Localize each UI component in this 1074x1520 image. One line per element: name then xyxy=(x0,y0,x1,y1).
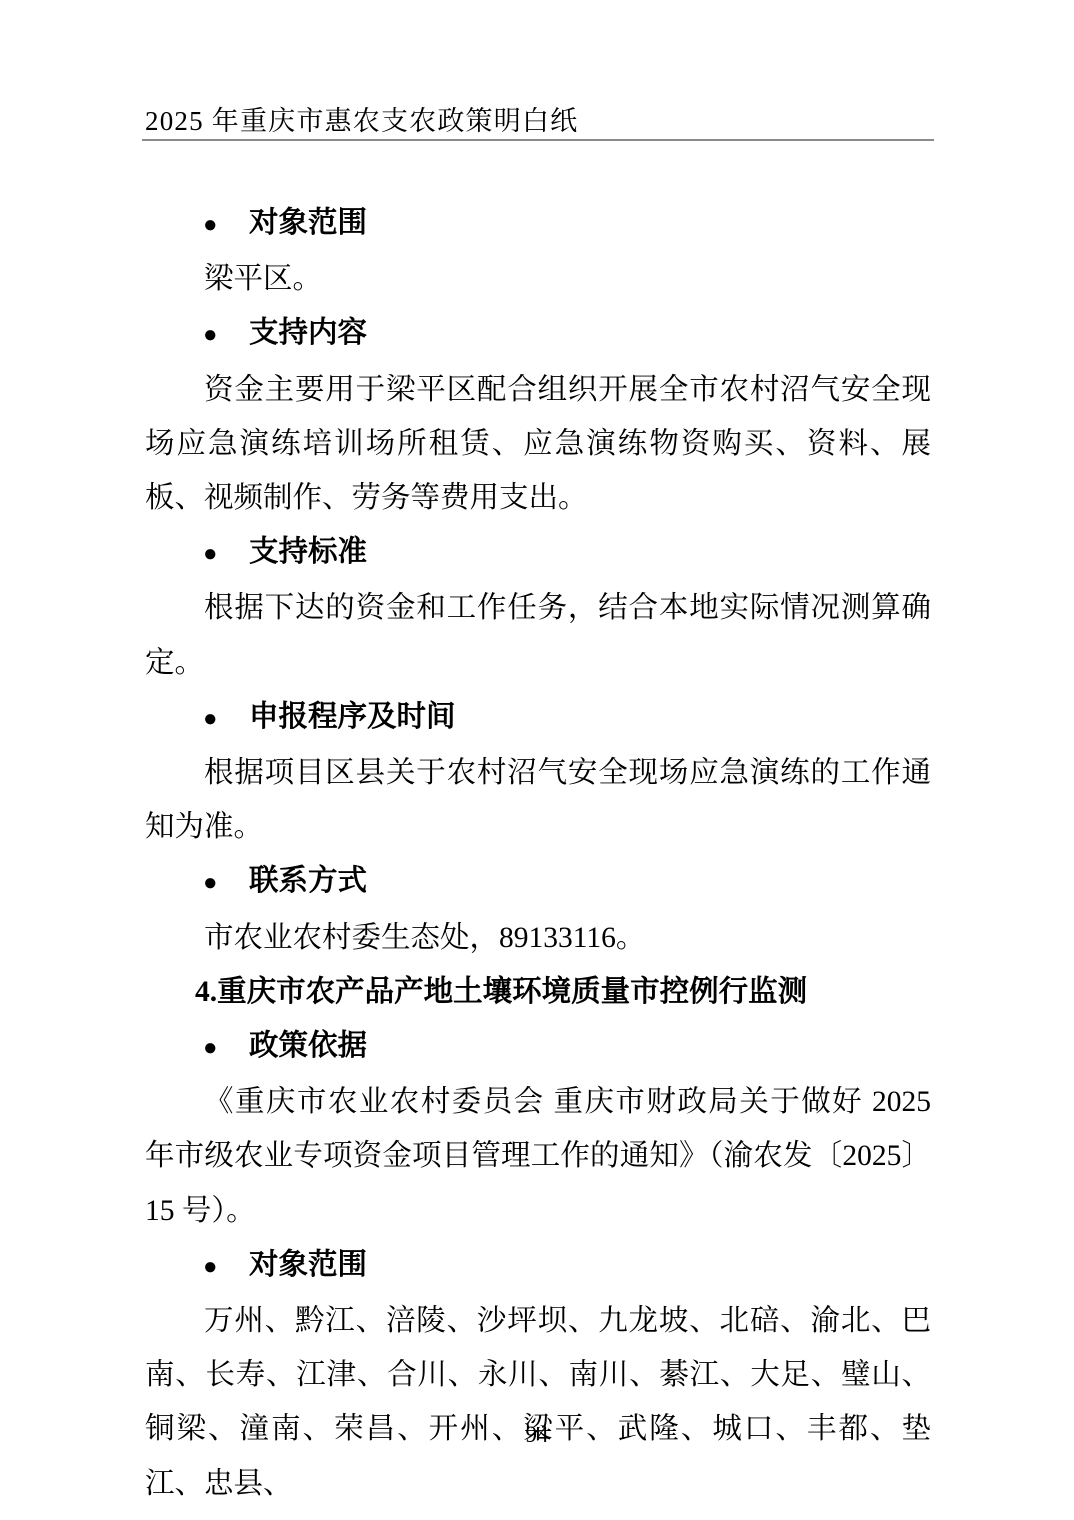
bullet-icon: ● xyxy=(203,308,249,362)
section-heading: ●联系方式 xyxy=(145,854,931,910)
section-heading-label: 对象范围 xyxy=(249,1249,367,1281)
section-heading-label: 支持内容 xyxy=(249,317,367,349)
bullet-icon: ● xyxy=(203,1240,249,1294)
section-heading: ●政策依据 xyxy=(145,1019,931,1075)
paragraph: 梁平区。 xyxy=(145,252,931,306)
section-heading: ●支持内容 xyxy=(145,306,931,362)
section-heading: ●支持标准 xyxy=(145,525,931,581)
document-body: ●对象范围梁平区。●支持内容资金主要用于梁平区配合组织开展全市农村沼气安全现场应… xyxy=(145,196,931,1511)
header-title: 2025 年重庆市惠农支农政策明白纸 xyxy=(145,99,578,138)
paragraph: 市农业农村委生态处，89133116。 xyxy=(145,911,931,965)
document-page: 2025 年重庆市惠农支农政策明白纸 ●对象范围梁平区。●支持内容资金主要用于梁… xyxy=(0,0,1074,1520)
paragraph: 资金主要用于梁平区配合组织开展全市农村沼气安全现场应急演练培训场所租赁、应急演练… xyxy=(145,363,931,526)
section-heading-label: 对象范围 xyxy=(249,207,367,239)
header-rule xyxy=(142,139,934,141)
section-heading-label: 政策依据 xyxy=(249,1030,367,1062)
section-heading: ●申报程序及时间 xyxy=(145,690,931,746)
page-number: 94 xyxy=(0,1422,1074,1448)
bullet-icon: ● xyxy=(203,527,249,581)
paragraph: 《重庆市农业农村委员会 重庆市财政局关于做好 2025 年市级农业专项资金项目管… xyxy=(145,1075,931,1238)
bullet-icon: ● xyxy=(203,692,249,746)
numbered-subtitle: 4.重庆市农产品产地土壤环境质量市控例行监测 xyxy=(145,965,931,1019)
section-heading-label: 支持标准 xyxy=(249,536,367,568)
section-heading-label: 联系方式 xyxy=(249,865,367,897)
paragraph: 根据项目区县关于农村沼气安全现场应急演练的工作通知为准。 xyxy=(145,746,931,854)
paragraph: 万州、黔江、涪陵、沙坪坝、九龙坡、北碚、渝北、巴南、长寿、江津、合川、永川、南川… xyxy=(145,1294,931,1511)
bullet-icon: ● xyxy=(203,198,249,252)
bullet-icon: ● xyxy=(203,1021,249,1075)
bullet-icon: ● xyxy=(203,856,249,910)
section-heading: ●对象范围 xyxy=(145,196,931,252)
section-heading: ●对象范围 xyxy=(145,1238,931,1294)
paragraph: 根据下达的资金和工作任务，结合本地实际情况测算确定。 xyxy=(145,581,931,689)
section-heading-label: 申报程序及时间 xyxy=(249,701,456,733)
